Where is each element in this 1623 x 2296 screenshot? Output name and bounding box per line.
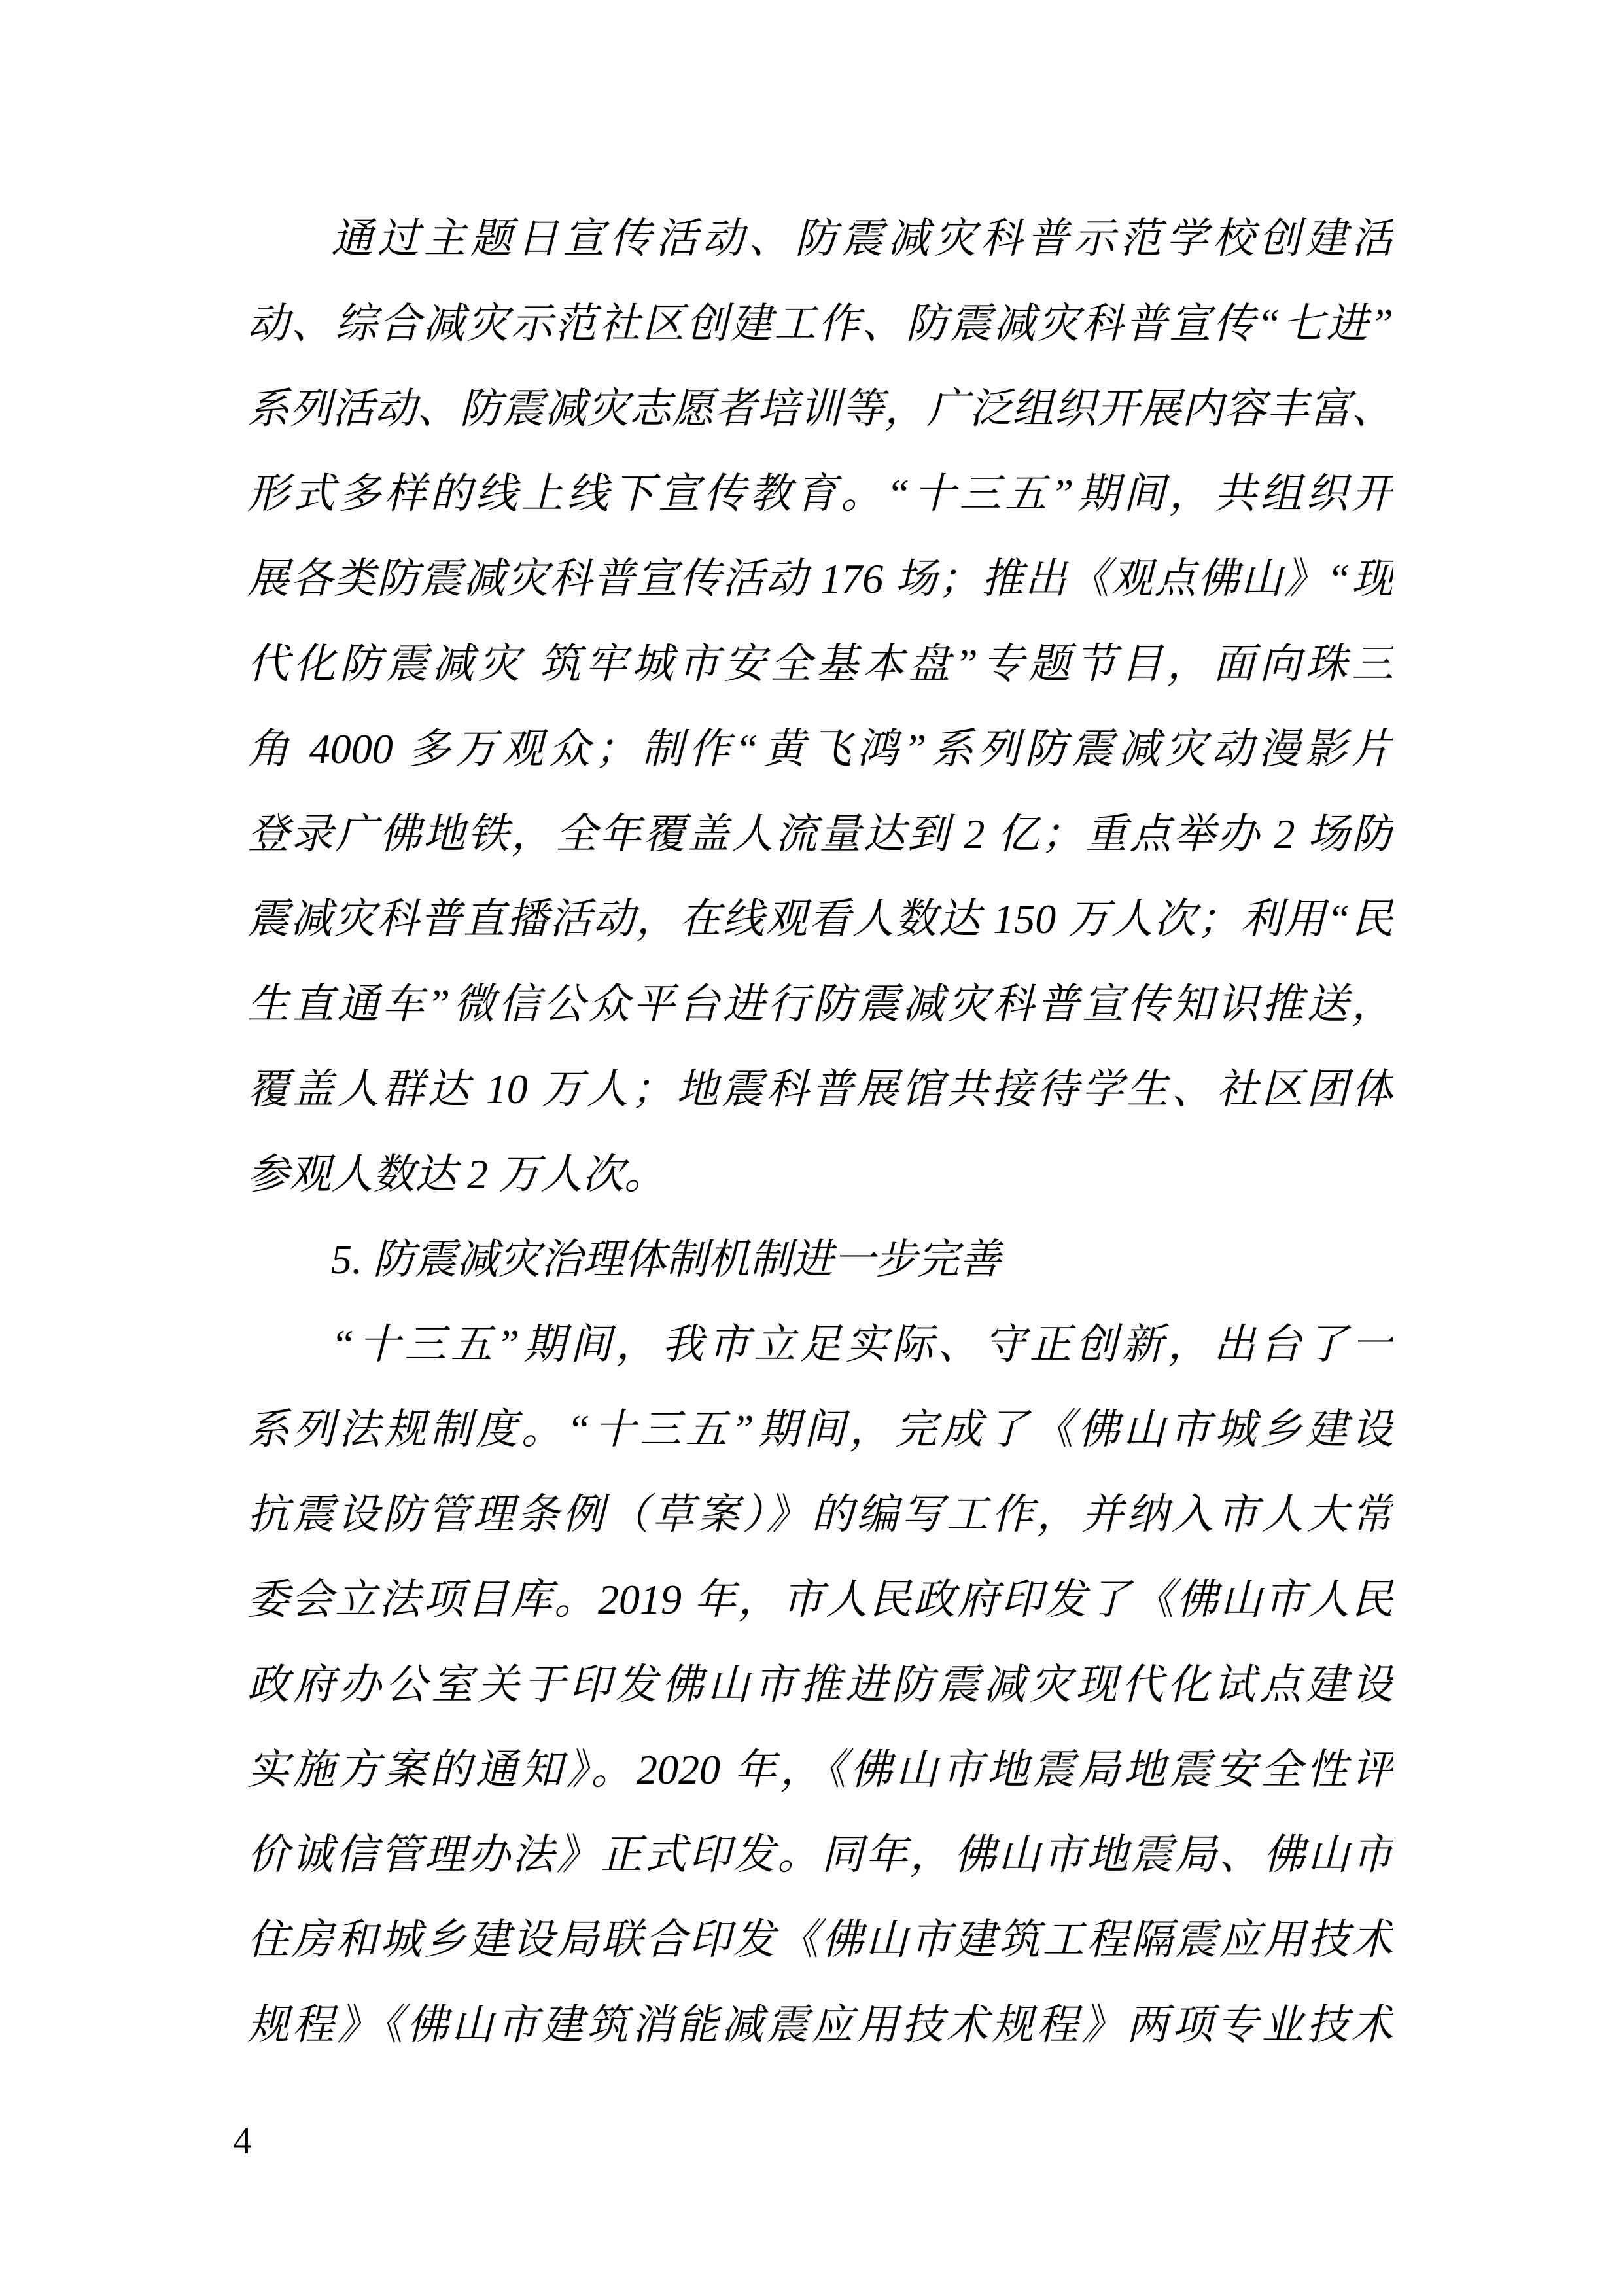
text-line: 系列活动、防震减灾志愿者培训等，广泛组织开展内容丰富、 (247, 366, 1393, 451)
heading-line: 5. 防震减灾治理体制机制进一步完善 (247, 1217, 1393, 1302)
text-line: 形式多样的线上线下宣传教育。“十三五”期间，共组织开 (247, 451, 1393, 537)
text-line: 系列法规制度。“十三五”期间，完成了《佛山市城乡建设 (247, 1387, 1393, 1472)
text-line: 政府办公室关于印发佛山市推进防震减灾现代化试点建设 (247, 1642, 1393, 1727)
text-line: 动、综合减灾示范社区创建工作、防震减灾科普宣传“七进” (247, 281, 1393, 366)
text-line: “十三五”期间，我市立足实际、守正创新，出台了一 (247, 1302, 1393, 1387)
text-line: 覆盖人群达 10 万人；地震科普展馆共接待学生、社区团体 (247, 1047, 1393, 1132)
text-line: 价诚信管理办法》正式印发。同年，佛山市地震局、佛山市 (247, 1812, 1393, 1898)
text-line: 展各类防震减灾科普宣传活动 176 场；推出《观点佛山》“现 (247, 537, 1393, 622)
text-line: 登录广佛地铁，全年覆盖人流量达到 2 亿；重点举办 2 场防 (247, 792, 1393, 877)
text-line: 委会立法项目库。2019 年，市人民政府印发了《佛山市人民 (247, 1557, 1393, 1642)
page-number: 4 (233, 2122, 252, 2160)
text-line: 通过主题日宣传活动、防震减灾科普示范学校创建活 (247, 196, 1393, 281)
text-line: 代化防震减灾 筑牢城市安全基本盘”专题节目，面向珠三 (247, 622, 1393, 707)
text-line: 抗震设防管理条例（草案）》的编写工作，并纳入市人大常 (247, 1472, 1393, 1557)
document-body: 通过主题日宣传活动、防震减灾科普示范学校创建活动、综合减灾示范社区创建工作、防震… (247, 196, 1393, 2068)
text-line: 生直通车”微信公众平台进行防震减灾科普宣传知识推送， (247, 962, 1393, 1047)
document-page: 通过主题日宣传活动、防震减灾科普示范学校创建活动、综合减灾示范社区创建工作、防震… (0, 0, 1623, 2296)
text-line: 实施方案的通知》。2020 年，《佛山市地震局地震安全性评 (247, 1727, 1393, 1812)
text-line: 震减灾科普直播活动，在线观看人数达 150 万人次；利用“民 (247, 877, 1393, 962)
text-line: 参观人数达 2 万人次。 (247, 1132, 1393, 1217)
text-line: 住房和城乡建设局联合印发《佛山市建筑工程隔震应用技术 (247, 1898, 1393, 1983)
text-line: 角 4000 多万观众；制作“黄飞鸿”系列防震减灾动漫影片 (247, 707, 1393, 792)
text-line: 规程》《佛山市建筑消能减震应用技术规程》两项专业技术 (247, 1983, 1393, 2068)
